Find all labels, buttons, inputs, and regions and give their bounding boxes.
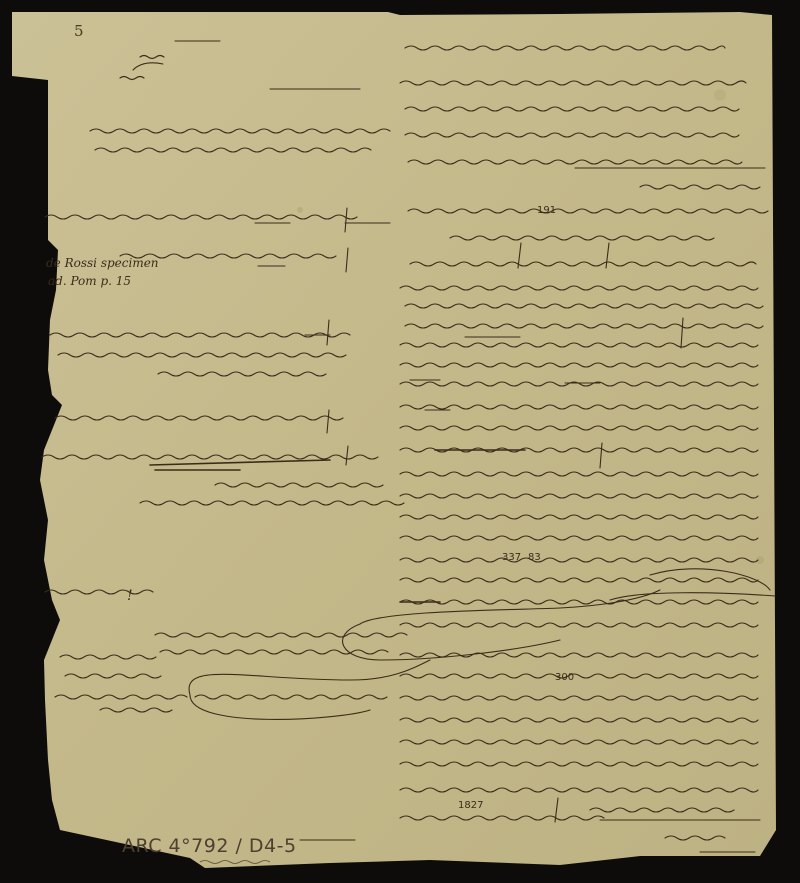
margin-exclamation: ! [127, 588, 133, 604]
inline-number-1827: 1827 [458, 800, 483, 811]
manuscript-scan: 5 de Rossi specimen ad. Pom p. 15 ! 191 … [0, 0, 800, 883]
margin-note-latin-ref: ad. Pom p. 15 [48, 274, 131, 288]
archive-shelfmark: ARC 4°792 / D4-5 [122, 835, 297, 857]
inline-number-337: 337 [502, 552, 521, 563]
inline-number-83: 83 [528, 552, 541, 563]
manuscript-page [0, 0, 800, 883]
margin-note-latin: de Rossi specimen [46, 256, 159, 270]
page-number: 5 [74, 22, 84, 40]
inline-number-300: 300 [555, 672, 574, 683]
inline-number-191: 191 [537, 205, 556, 216]
